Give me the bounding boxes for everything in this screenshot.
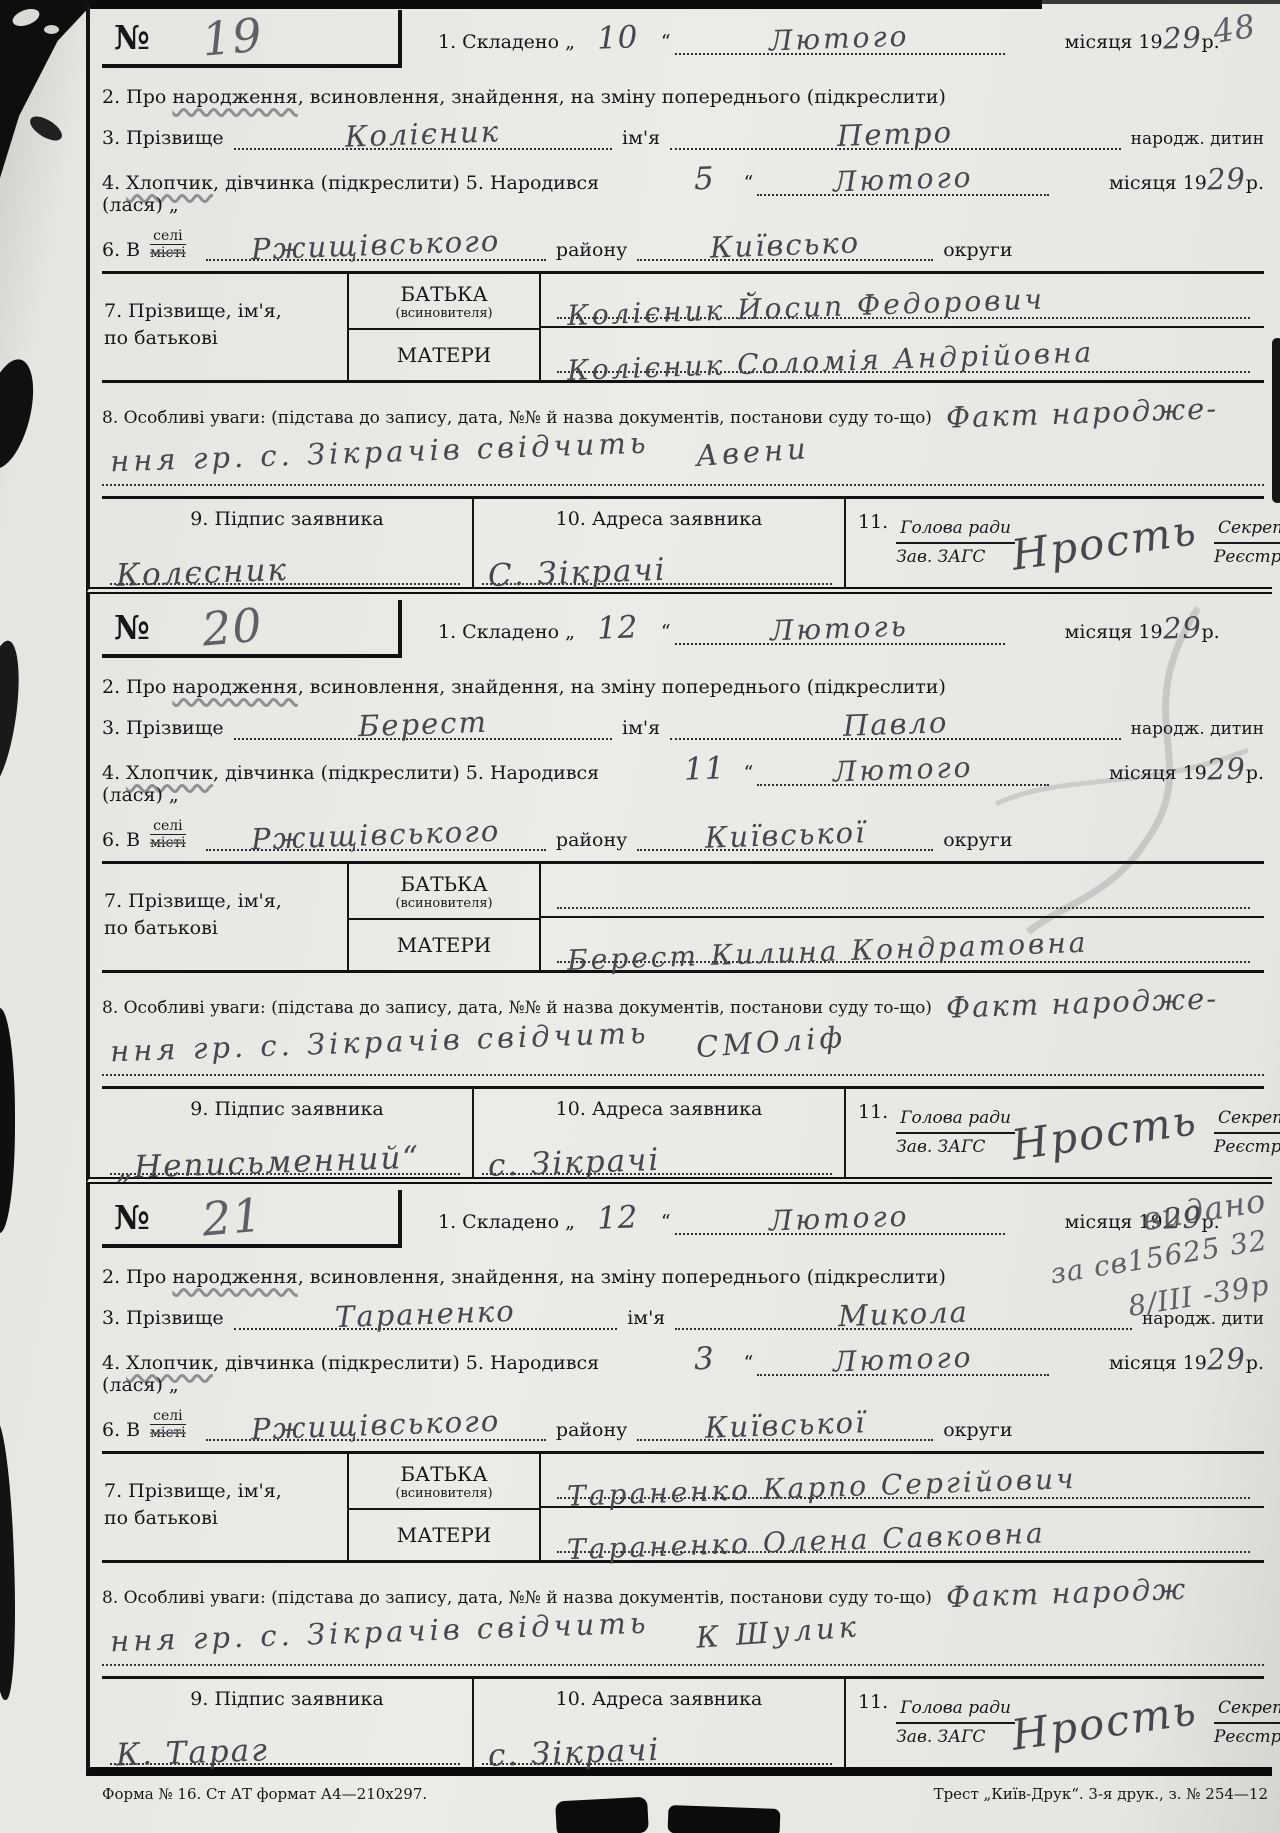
town-option-struck: місті xyxy=(150,835,186,851)
form-footer: Форма № 16. Ст АТ формат А4—210х297. Тре… xyxy=(86,1776,1272,1803)
footer-printer-info: Трест „Київ-Друк“. 3-я друк., з. № 254—1… xyxy=(934,1785,1268,1803)
declarant-address-label: 10. Адреса заявника xyxy=(474,1089,844,1120)
givenname-value: Петро xyxy=(837,118,954,151)
signature-line: „Неписьменний“ xyxy=(110,1148,460,1175)
raion-value: Київсько xyxy=(710,228,861,262)
child-name-row: 3. Прізвище Берест ім'я Павло народж. ди… xyxy=(102,710,1264,740)
composed-month-line: Лютого xyxy=(675,25,1005,55)
mother-value-cell: Тараненко Олена Савковна xyxy=(541,1508,1264,1560)
father-value-cell: Колієник Йосип Федорович xyxy=(541,274,1264,328)
sex-birthdate-text: 4. Хлопчик, дівчинка (підкреслити) 5. На… xyxy=(102,172,666,216)
declarant-signature-cell: 9. Підпис заявника К. Тараг xyxy=(102,1679,474,1767)
binding-edge-mark xyxy=(0,638,26,792)
event-type-text: 2. Про народження, всиновлення, знайденн… xyxy=(102,86,946,108)
remarks-label: 8. Особливі уваги: (підстава до запису, … xyxy=(102,408,932,428)
record-header-row: № 19 1. Складено „ 10 “ Лютого місяця 19… xyxy=(102,8,1264,70)
raion-label: району xyxy=(556,1419,627,1441)
child-birth-fragment: народж. дитин xyxy=(1131,129,1264,149)
parents-row: 7. Прізвище, ім'я, по батькові БАТЬКА (в… xyxy=(102,1454,1264,1563)
father-line: Колієник Йосип Федорович xyxy=(557,283,1250,319)
village-line: Ржищівського xyxy=(206,231,546,261)
raion-value: Київської xyxy=(704,818,866,853)
village-value: Ржищівського xyxy=(251,1407,501,1445)
raion-line: Київської xyxy=(637,821,933,851)
child-name-row: 3. Прізвище Тараненко ім'я Микола народж… xyxy=(102,1300,1264,1330)
remarks-continuation-line: ння гр. с. Зікрачів свідчить К Шулик xyxy=(102,1618,1264,1666)
remarks-row: 8. Особливі уваги: (підстава до запису, … xyxy=(102,989,1264,1082)
month-year-label: місяця 19 xyxy=(1109,172,1207,194)
givenname-line: Микола xyxy=(675,1300,1132,1330)
footer-form-number: Форма № 16. Ст АТ формат А4—210х297. xyxy=(102,1785,427,1803)
composed-year: 29 xyxy=(1163,24,1202,53)
birth-day: 11 xyxy=(666,754,744,785)
mother-line: Тараненко Олена Савковна xyxy=(557,1517,1250,1553)
father-value-cell xyxy=(541,864,1264,918)
remarks-value-continued: ння гр. с. Зікрачів свідчить xyxy=(110,1019,650,1067)
scan-edge-mark xyxy=(1272,338,1280,503)
record-number-value: 19 xyxy=(200,11,264,62)
month-year-label: місяця 19 xyxy=(1065,31,1163,53)
remarks-value-start: Факт народж xyxy=(945,1575,1187,1612)
address-line: с. Зікрачі xyxy=(482,1148,832,1175)
parents-values: Колієник Йосип Федорович Колієник Соломі… xyxy=(541,274,1264,380)
composed-day: 12 xyxy=(575,613,661,644)
composed-day: 10 xyxy=(575,23,661,54)
quote-close: “ xyxy=(661,1211,671,1233)
village-option: селі xyxy=(150,228,186,245)
place-label: 6. В xyxy=(102,829,140,851)
birth-month-line: Лютого xyxy=(757,166,1049,196)
father-line: Тараненко Карпо Сергійович xyxy=(557,1463,1250,1499)
raion-label: району xyxy=(556,829,627,851)
officials-cell: 11. Голова ради Зав. ЗАГС Нрость Секрета… xyxy=(846,499,1280,587)
declarant-signature-cell: 9. Підпис заявника „Неписьменний“ xyxy=(102,1089,474,1177)
witness-signature: Авени xyxy=(695,434,811,471)
remarks-value-continued: ння гр. с. Зікрачів свідчить xyxy=(110,429,650,477)
place-label: 6. В xyxy=(102,1419,140,1441)
village-town-choice: селі місті xyxy=(150,1408,186,1441)
composed-field: 1. Складено „ 12 “ Лютого місяця 19 29 р… xyxy=(438,1203,1264,1235)
givenname-label: ім'я xyxy=(627,1307,665,1329)
month-year-label: місяця 19 xyxy=(1109,762,1207,784)
month-year-label: місяця 19 xyxy=(1109,1352,1207,1374)
underlined-birth-word: народження xyxy=(172,676,297,698)
father-line xyxy=(557,873,1250,909)
okruha-label: округи xyxy=(943,1419,1012,1441)
town-option-struck: місті xyxy=(150,1425,186,1441)
village-value: Ржищівського xyxy=(251,227,501,265)
okruha-label: округи xyxy=(943,239,1012,261)
okruha-label: округи xyxy=(943,829,1012,851)
remarks-continuation-line: ння гр. с. Зікрачів свідчить Авени xyxy=(102,438,1264,486)
parents-row: 7. Прізвище, ім'я, по батькові БАТЬКА (в… xyxy=(102,274,1264,383)
secretary-labels: Секретар Реєстратор xyxy=(1214,517,1280,569)
town-option-struck: місті xyxy=(150,245,186,261)
remarks-row: 8. Особливі уваги: (підстава до запису, … xyxy=(102,1579,1264,1672)
records-container: 48 № 19 1. Складено „ 10 “ Лютого місяця… xyxy=(86,4,1272,1776)
village-line: Ржищівського xyxy=(206,821,546,851)
officials-number: 11. xyxy=(858,499,888,533)
place-row: 6. В селі місті Ржищівського району Київ… xyxy=(102,228,1264,274)
declarant-signature-cell: 9. Підпис заявника Колєсник xyxy=(102,499,474,587)
sex-birthdate-row: 4. Хлопчик, дівчинка (підкреслити) 5. На… xyxy=(102,754,1264,806)
record-number-box: № 20 xyxy=(102,600,402,658)
year-suffix: р. xyxy=(1201,621,1219,643)
paper-chip xyxy=(44,25,59,34)
record-number-value: 20 xyxy=(200,601,264,652)
child-birth-fragment: народж. дитин xyxy=(1131,719,1264,739)
remarks-value-start: Факт народже- xyxy=(945,984,1218,1022)
declarant-address-label: 10. Адреса заявника xyxy=(474,1679,844,1710)
birth-month-line: Лютого xyxy=(757,756,1049,786)
village-value: Ржищівського xyxy=(251,817,501,855)
remarks-continuation-line: ння гр. с. Зікрачів свідчить СМОліф xyxy=(102,1028,1264,1076)
declarant-address-value: С. Зікрачі xyxy=(482,555,668,592)
raion-value: Київської xyxy=(704,1408,866,1443)
birth-year: 29 xyxy=(1207,165,1246,194)
givenname-line: Петро xyxy=(670,120,1121,150)
declarant-signature-value: „Неписьменний“ xyxy=(110,1143,421,1185)
secretary-labels: Секретар Реєстратор xyxy=(1214,1107,1280,1159)
mother-value-cell: Колієник Соломія Андрійовна xyxy=(541,328,1264,380)
declarant-address-cell: 10. Адреса заявника с. Зікрачі xyxy=(474,1679,846,1767)
parents-header-column: БАТЬКА (всиновителя) МАТЕРИ xyxy=(347,1454,541,1560)
remarks-row: 8. Особливі уваги: (підстава до запису, … xyxy=(102,399,1264,492)
village-town-choice: селі місті xyxy=(150,228,186,261)
record-number-box: № 19 xyxy=(102,10,402,68)
mother-header: МАТЕРИ xyxy=(349,1510,539,1560)
year-suffix: р. xyxy=(1246,172,1264,194)
surname-label: 3. Прізвище xyxy=(102,127,224,149)
village-town-choice: селі місті xyxy=(150,818,186,851)
composed-year: 29 xyxy=(1163,614,1202,643)
parents-left-label: 7. Прізвище, ім'я, по батькові xyxy=(102,864,347,970)
witness-signature: СМОліф xyxy=(695,1023,847,1062)
year-suffix: р. xyxy=(1201,31,1219,53)
mother-value: Колієник Соломія Андрійовна xyxy=(557,339,1095,386)
givenname-value: Микола xyxy=(838,1298,970,1332)
parents-values: Берест Килина Кондратовна xyxy=(541,864,1264,970)
head-of-council-labels: Голова ради Зав. ЗАГС xyxy=(896,1107,1015,1159)
signature-line: Колєсник xyxy=(110,558,460,585)
composed-field: 1. Складено „ 10 “ Лютого місяця 19 29 р… xyxy=(438,23,1264,55)
secretary-labels: Секретар Реєстратор xyxy=(1214,1697,1280,1749)
parents-header-column: БАТЬКА (всиновителя) МАТЕРИ xyxy=(347,274,541,380)
father-header: БАТЬКА (всиновителя) xyxy=(349,274,539,330)
month-year-label: місяця 19 xyxy=(1065,621,1163,643)
sex-birthdate-row: 4. Хлопчик, дівчинка (підкреслити) 5. На… xyxy=(102,164,1264,216)
head-of-council-labels: Голова ради Зав. ЗАГС xyxy=(896,1697,1015,1749)
remarks-label-line: 8. Особливі уваги: (підстава до запису, … xyxy=(102,989,1264,1018)
underlined-birth-word: народження xyxy=(172,1266,297,1288)
declarant-address-label: 10. Адреса заявника xyxy=(474,499,844,530)
child-birth-fragment: народж. дити xyxy=(1142,1309,1264,1329)
underlined-boy-word: Хлопчик xyxy=(126,172,213,194)
quote-close: “ xyxy=(744,762,754,784)
village-option: селі xyxy=(150,1408,186,1425)
underlined-boy-word: Хлопчик xyxy=(126,762,213,784)
event-type-row: 2. Про народження, всиновлення, знайденн… xyxy=(102,676,1264,698)
quote-close: “ xyxy=(744,172,754,194)
birth-month-line: Лютого xyxy=(757,1346,1049,1376)
composed-label: 1. Складено „ xyxy=(438,31,575,53)
number-sign: № xyxy=(114,18,150,57)
address-line: С. Зікрачі xyxy=(482,558,832,585)
remarks-value-start: Факт народже- xyxy=(945,394,1218,432)
givenname-label: ім'я xyxy=(622,127,660,149)
raion-line: Київсько xyxy=(637,231,933,261)
father-value: Тараненко Карпо Сергійович xyxy=(557,1465,1077,1511)
parents-left-label: 7. Прізвище, ім'я, по батькові xyxy=(102,274,347,380)
signatures-row: 9. Підпис заявника „Неписьменний“ 10. Ад… xyxy=(102,1086,1264,1177)
composed-month-line: Лютого xyxy=(675,1205,1005,1235)
record-number-box: № 21 xyxy=(102,1190,402,1248)
givenname-value: Павло xyxy=(842,708,948,741)
declarant-address-cell: 10. Адреса заявника С. Зікрачі xyxy=(474,499,846,587)
surname-value: Тараненко xyxy=(335,1297,517,1332)
officials-cell: 11. Голова ради Зав. ЗАГС Нрость Секрета… xyxy=(846,1089,1280,1177)
signature-line: К. Тараг xyxy=(110,1738,460,1765)
declarant-signature-label: 9. Підпис заявника xyxy=(102,499,472,530)
binding-edge-mark xyxy=(0,1420,19,1701)
surname-line: Берест xyxy=(234,710,612,740)
parents-header-column: БАТЬКА (всиновителя) МАТЕРИ xyxy=(347,864,541,970)
witness-signature: К Шулик xyxy=(695,1612,861,1652)
event-type-row: 2. Про народження, всиновлення, знайденн… xyxy=(102,1266,1264,1288)
place-label: 6. В xyxy=(102,239,140,261)
parents-row: 7. Прізвище, ім'я, по батькові БАТЬКА (в… xyxy=(102,864,1264,973)
remarks-label-line: 8. Особливі уваги: (підстава до запису, … xyxy=(102,1579,1264,1608)
quote-close: “ xyxy=(744,1352,754,1374)
village-line: Ржищівського xyxy=(206,1411,546,1441)
birth-record: 48 № 19 1. Складено „ 10 “ Лютого місяця… xyxy=(86,4,1272,594)
declarant-signature-value: К. Тараг xyxy=(110,1735,270,1772)
parents-left-label: 7. Прізвище, ім'я, по батькові xyxy=(102,1454,347,1560)
underlined-birth-word: народження xyxy=(172,86,297,108)
scan-bottom-mark xyxy=(555,1797,649,1833)
record-header-row: № 20 1. Складено „ 12 “ Лютогь місяця 19… xyxy=(102,598,1264,660)
declarant-address-value: с. Зікрачі xyxy=(482,1735,661,1772)
birth-year: 29 xyxy=(1207,1345,1246,1374)
remarks-label-line: 8. Особливі уваги: (підстава до запису, … xyxy=(102,399,1264,428)
number-sign: № xyxy=(114,608,150,647)
surname-value: Колієник xyxy=(345,117,501,151)
father-value-cell: Тараненко Карпо Сергійович xyxy=(541,1454,1264,1508)
head-of-council-labels: Голова ради Зав. ЗАГС xyxy=(896,517,1015,569)
father-value: Колієник Йосип Федорович xyxy=(557,285,1046,330)
mother-header: МАТЕРИ xyxy=(349,920,539,970)
surname-value: Берест xyxy=(357,708,488,742)
head-signature: Нрость xyxy=(1009,1689,1200,1757)
surname-line: Тараненко xyxy=(234,1300,618,1330)
year-suffix: р. xyxy=(1201,1211,1219,1233)
sex-birthdate-text: 4. Хлопчик, дівчинка (підкреслити) 5. На… xyxy=(102,762,666,806)
birth-record: видано за св15625 32 8/ІІІ -39р № 21 1. … xyxy=(86,1184,1272,1776)
surname-label: 3. Прізвище xyxy=(102,1307,224,1329)
declarant-signature-label: 9. Підпис заявника xyxy=(102,1679,472,1710)
raion-line: Київської xyxy=(637,1411,933,1441)
remarks-label: 8. Особливі уваги: (підстава до запису, … xyxy=(102,998,932,1018)
binding-edge-mark xyxy=(0,354,43,474)
quote-close: “ xyxy=(661,31,671,53)
givenname-label: ім'я xyxy=(622,717,660,739)
quote-close: “ xyxy=(661,621,671,643)
head-signature: Нрость xyxy=(1009,509,1200,577)
record-number-value: 21 xyxy=(200,1191,264,1242)
year-suffix: р. xyxy=(1246,1352,1264,1374)
mother-header: МАТЕРИ xyxy=(349,330,539,380)
declarant-address-cell: 10. Адреса заявника с. Зікрачі xyxy=(474,1089,846,1177)
birth-day: 3 xyxy=(666,1344,744,1375)
officials-cell: 11. Голова ради Зав. ЗАГС Нрость Секрета… xyxy=(846,1679,1280,1767)
declarant-address-value: с. Зікрачі xyxy=(482,1145,661,1182)
declarant-signature-label: 9. Підпис заявника xyxy=(102,1089,472,1120)
scan-bottom-mark xyxy=(668,1805,781,1833)
birth-year: 29 xyxy=(1207,755,1246,784)
birth-day: 5 xyxy=(666,164,744,195)
raion-label: району xyxy=(556,239,627,261)
father-header: БАТЬКА (всиновителя) xyxy=(349,864,539,920)
composed-label: 1. Складено „ xyxy=(438,621,575,643)
binding-edge-mark xyxy=(26,112,66,145)
event-type-text: 2. Про народження, всиновлення, знайденн… xyxy=(102,1266,946,1288)
remarks-value-continued: ння гр. с. Зікрачів свідчить xyxy=(110,1609,650,1657)
number-sign: № xyxy=(114,1198,150,1237)
head-signature: Нрость xyxy=(1009,1099,1200,1167)
underlined-boy-word: Хлопчик xyxy=(126,1352,213,1374)
binding-edge-mark xyxy=(0,1008,15,1233)
birth-record: № 20 1. Складено „ 12 “ Лютогь місяця 19… xyxy=(86,594,1272,1184)
year-suffix: р. xyxy=(1246,762,1264,784)
sex-birthdate-row: 4. Хлопчик, дівчинка (підкреслити) 5. На… xyxy=(102,1344,1264,1396)
officials-number: 11. xyxy=(858,1089,888,1123)
mother-value: Тараненко Олена Савковна xyxy=(557,1519,1046,1564)
composed-label: 1. Складено „ xyxy=(438,1211,575,1233)
composed-field: 1. Складено „ 12 “ Лютогь місяця 19 29 р… xyxy=(438,613,1264,645)
composed-month-line: Лютогь xyxy=(675,615,1005,645)
child-name-row: 3. Прізвище Колієник ім'я Петро народж. … xyxy=(102,120,1264,150)
place-row: 6. В селі місті Ржищівського району Київ… xyxy=(102,1408,1264,1454)
mother-value: Берест Килина Кондратовна xyxy=(557,929,1089,976)
mother-value-cell: Берест Килина Кондратовна xyxy=(541,918,1264,970)
registration-form: 48 № 19 1. Складено „ 10 “ Лютого місяця… xyxy=(86,4,1272,1803)
record-header-row: № 21 1. Складено „ 12 “ Лютого місяця 19… xyxy=(102,1188,1264,1250)
event-type-row: 2. Про народження, всиновлення, знайденн… xyxy=(102,86,1264,108)
declarant-signature-value: Колєсник xyxy=(110,555,289,592)
givenname-line: Павло xyxy=(670,710,1121,740)
scanned-registry-page: 48 № 19 1. Складено „ 10 “ Лютого місяця… xyxy=(0,0,1280,1833)
remarks-label: 8. Особливі уваги: (підстава до запису, … xyxy=(102,1588,932,1608)
event-type-text: 2. Про народження, всиновлення, знайденн… xyxy=(102,676,946,698)
composed-year: 29 xyxy=(1163,1204,1202,1233)
village-option: селі xyxy=(150,818,186,835)
signatures-row: 9. Підпис заявника К. Тараг 10. Адреса з… xyxy=(102,1676,1264,1767)
composed-day: 12 xyxy=(575,1203,661,1234)
mother-line: Берест Килина Кондратовна xyxy=(557,927,1250,963)
sex-birthdate-text: 4. Хлопчик, дівчинка (підкреслити) 5. На… xyxy=(102,1352,666,1396)
address-line: с. Зікрачі xyxy=(482,1738,832,1765)
place-row: 6. В селі місті Ржищівського району Київ… xyxy=(102,818,1264,864)
mother-line: Колієник Соломія Андрійовна xyxy=(557,337,1250,373)
father-header: БАТЬКА (всиновителя) xyxy=(349,1454,539,1510)
surname-label: 3. Прізвище xyxy=(102,717,224,739)
officials-number: 11. xyxy=(858,1679,888,1713)
surname-line: Колієник xyxy=(234,120,612,150)
parents-values: Тараненко Карпо Сергійович Тараненко Оле… xyxy=(541,1454,1264,1560)
signatures-row: 9. Підпис заявника Колєсник 10. Адреса з… xyxy=(102,496,1264,587)
month-year-label: місяця 19 xyxy=(1065,1211,1163,1233)
